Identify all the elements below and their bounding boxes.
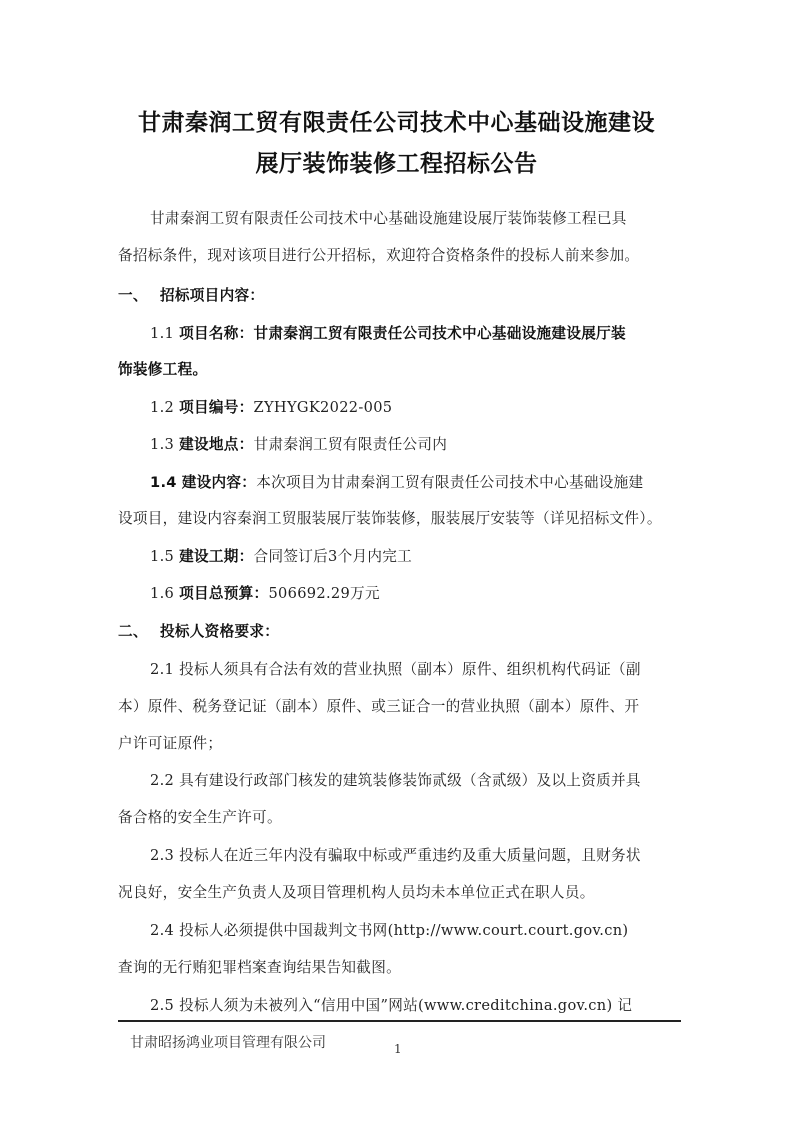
item-value: 合同签订后3个月内完工 <box>254 548 413 565</box>
item-number: 1.4 <box>150 474 177 491</box>
item-text: 具有建设行政部门核发的建筑装修装饰贰级（含贰级）及以上资质并具 <box>179 772 641 789</box>
section-1-title: 招标项目内容： <box>160 287 264 304</box>
item-label: 建设地点： <box>179 436 253 453</box>
section-1-heading: 一、招标项目内容： <box>118 286 678 306</box>
item-value: 甘肃秦润工贸有限责任公司技术中心基础设施建设展厅装 <box>254 325 626 342</box>
intro-line-2: 备招标条件，现对该项目进行公开招标，欢迎符合资格条件的投标人前来参加。 <box>118 246 678 266</box>
item-1-2: 1.2 项目编号：ZYHYGK2022-005 <box>150 398 710 418</box>
item-1-5: 1.5 建设工期：合同签订后3个月内完工 <box>150 547 710 567</box>
item-number: 2.5 <box>150 997 174 1014</box>
item-2-1-line-3: 户许可证原件； <box>118 734 678 754</box>
item-2-4: 2.4 投标人必须提供中国裁判文书网(http://www.court.cour… <box>150 921 710 941</box>
footer-organization: 甘肃昭扬鸿业项目管理有限公司 <box>130 1032 326 1052</box>
item-1-1: 1.1 项目名称：甘肃秦润工贸有限责任公司技术中心基础设施建设展厅装 <box>150 324 710 344</box>
item-text: 投标人须为未被列入“信用中国”网站(www.creditchina.gov.cn… <box>179 997 632 1014</box>
item-1-4: 1.4 建设内容：本次项目为甘肃秦润工贸有限责任公司技术中心基础设施建 <box>150 473 710 493</box>
footer-divider <box>118 1020 681 1022</box>
item-number: 1.3 <box>150 436 174 453</box>
item-label: 建设内容： <box>182 474 256 491</box>
item-2-3-line-2: 况良好，安全生产负责人及项目管理机构人员均未本单位正式在职人员。 <box>118 883 678 903</box>
item-2-3: 2.3 投标人在近三年内没有骗取中标或严重违约及重大质量问题，且财务状 <box>150 846 710 866</box>
section-2-heading: 二、投标人资格要求： <box>118 622 678 642</box>
item-text: 投标人在近三年内没有骗取中标或严重违约及重大质量问题，且财务状 <box>179 847 641 864</box>
section-2-number: 二、 <box>118 622 160 642</box>
item-1-6: 1.6 项目总预算：506692.29万元 <box>150 584 710 604</box>
item-number: 2.1 <box>150 661 174 678</box>
item-1-1-continued: 饰装修工程。 <box>118 360 678 380</box>
item-value: 甘肃秦润工贸有限责任公司内 <box>254 436 448 453</box>
document-title-line-1: 甘肃秦润工贸有限责任公司技术中心基础设施建设 <box>0 104 793 137</box>
item-1-4-continued: 设项目，建设内容秦润工贸服装展厅装饰装修，服装展厅安装等（详见招标文件）。 <box>118 509 678 529</box>
item-number: 1.6 <box>150 585 174 602</box>
section-1-number: 一、 <box>118 286 160 306</box>
item-number: 1.5 <box>150 548 174 565</box>
item-2-1-line-2: 本）原件、税务登记证（副本）原件、或三证合一的营业执照（副本）原件、开 <box>118 697 678 717</box>
item-value: 本次项目为甘肃秦润工贸有限责任公司技术中心基础设施建 <box>256 474 643 491</box>
document-title-line-2: 展厅装饰装修工程招标公告 <box>0 145 793 178</box>
item-label: 项目名称： <box>179 325 253 342</box>
item-2-2: 2.2 具有建设行政部门核发的建筑装修装饰贰级（含贰级）及以上资质并具 <box>150 771 710 791</box>
item-text: 投标人必须提供中国裁判文书网(http://www.court.court.go… <box>179 922 628 939</box>
document-page: 甘肃秦润工贸有限责任公司技术中心基础设施建设 展厅装饰装修工程招标公告 甘肃秦润… <box>0 0 793 1122</box>
item-number: 1.1 <box>150 325 174 342</box>
item-number: 2.3 <box>150 847 174 864</box>
item-1-3: 1.3 建设地点：甘肃秦润工贸有限责任公司内 <box>150 435 710 455</box>
item-2-1: 2.1 投标人须具有合法有效的营业执照（副本）原件、组织机构代码证（副 <box>150 660 710 680</box>
item-text: 投标人须具有合法有效的营业执照（副本）原件、组织机构代码证（副 <box>179 661 641 678</box>
item-2-2-line-2: 备合格的安全生产许可。 <box>118 808 678 828</box>
item-number: 2.2 <box>150 772 174 789</box>
item-number: 1.2 <box>150 399 174 416</box>
item-2-5: 2.5 投标人须为未被列入“信用中国”网站(www.creditchina.go… <box>150 996 710 1016</box>
item-label: 项目总预算： <box>179 585 268 602</box>
item-label: 建设工期： <box>179 548 253 565</box>
section-2-title: 投标人资格要求： <box>160 623 279 640</box>
item-label: 项目编号： <box>179 399 253 416</box>
page-number: 1 <box>394 1042 402 1056</box>
item-number: 2.4 <box>150 922 174 939</box>
item-2-4-line-2: 查询的无行贿犯罪档案查询结果告知截图。 <box>118 958 678 978</box>
project-code: ZYHYGK2022-005 <box>254 399 393 416</box>
intro-line-1: 甘肃秦润工贸有限责任公司技术中心基础设施建设展厅装饰装修工程已具 <box>150 209 710 229</box>
budget-value: 506692.29万元 <box>268 585 379 602</box>
